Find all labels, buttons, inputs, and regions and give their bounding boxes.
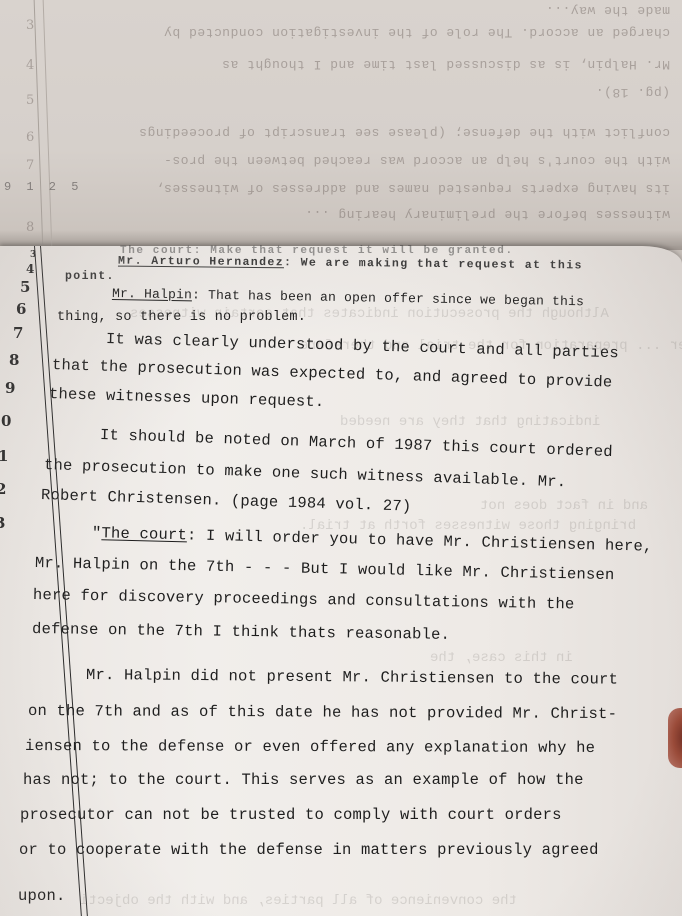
speaker-name: The court: [101, 524, 187, 544]
document-line: these witnesses upon request.: [49, 385, 325, 411]
document-line: It should be noted on March of 1987 this…: [100, 426, 613, 461]
back-line: witnesses before the preliminary hearing…: [60, 207, 670, 222]
line-number: 4: [26, 262, 34, 276]
back-line-number: 3: [26, 18, 34, 33]
line-number: 3: [30, 250, 36, 260]
back-line-number: 7: [26, 158, 34, 173]
speaker-name: Mr. Halpin: [112, 286, 192, 302]
back-line: conflict with the defense; (please see t…: [60, 125, 670, 140]
line-number: 6: [16, 300, 26, 318]
back-line-number: 5: [26, 93, 34, 108]
line-number: 2: [0, 480, 6, 498]
bleed-through-text: in this case, the: [430, 650, 573, 666]
line-number: 3: [0, 514, 5, 532]
speaker-name: Mr. Arturo Hernandez: [118, 255, 284, 270]
document-line: thing, so there is no problem.: [57, 310, 306, 325]
line-number: 5: [20, 278, 30, 296]
line-number: 9: [5, 379, 15, 397]
back-line-number: 8: [26, 220, 34, 235]
bleed-through-text: indicating that they are needed: [340, 414, 600, 430]
line-number: 0: [1, 412, 11, 430]
document-line: Mr. Arturo Hernandez: We are making that…: [118, 255, 583, 273]
document-line: has not; to the court. This serves as an…: [23, 771, 584, 789]
back-page-mirrored-text: made the way... charged an accord. The r…: [60, 0, 670, 250]
document-line: point.: [65, 270, 115, 283]
page-stamp: 9 1 2 5: [4, 180, 82, 194]
document-line: Mr. Halpin did not present Mr. Christien…: [86, 666, 618, 689]
line-number: 8: [9, 351, 19, 369]
back-page-line-numbers: 3 4 5 6 7 8: [26, 0, 40, 250]
back-line-number: 6: [26, 130, 34, 145]
back-line: charged an accord. The role of the inves…: [60, 25, 670, 40]
document-line: prosecutor can not be trusted to comply …: [20, 806, 562, 824]
back-line: Mr. Halpin, is as discussed last time an…: [60, 57, 670, 72]
back-line: made the way...: [60, 3, 670, 18]
document-line: It was clearly understood by the court a…: [106, 330, 619, 362]
line-number: 1: [0, 447, 8, 465]
back-line: its having experts requested names and a…: [60, 181, 670, 196]
back-line: with the court's help an accord was reac…: [60, 153, 670, 168]
document-line: here for discovery proceedings and consu…: [33, 586, 575, 613]
line-number: 7: [13, 324, 23, 342]
document-line: or to cooperate with the defense in matt…: [19, 841, 599, 859]
back-line: (pg. 18).: [60, 85, 670, 100]
document-line: upon.: [18, 887, 66, 905]
document-line: iensen to the defense or even offered an…: [25, 737, 595, 757]
bleed-through-text: and in fact does not: [480, 498, 648, 514]
thumb-edge: [668, 708, 682, 768]
document-line: Mr. Halpin on the 7th - - - But I would …: [35, 554, 615, 584]
document-line: defense on the 7th I think thats reasona…: [32, 620, 450, 644]
bleed-through-text: the convenience of all parties, and with…: [80, 893, 517, 909]
document-line: on the 7th and as of this date he has no…: [28, 702, 617, 723]
back-line-number: 4: [26, 58, 34, 73]
document-line: that the prosecution was expected to, an…: [52, 356, 613, 392]
document-line: the prosecution to make one such witness…: [44, 456, 567, 491]
front-page: Although the prosecution indicates that …: [0, 246, 682, 916]
document-line: Robert Christensen. (page 1984 vol. 27): [41, 486, 412, 516]
back-page: 3 4 5 6 7 8 made the way... charged an a…: [0, 0, 682, 250]
